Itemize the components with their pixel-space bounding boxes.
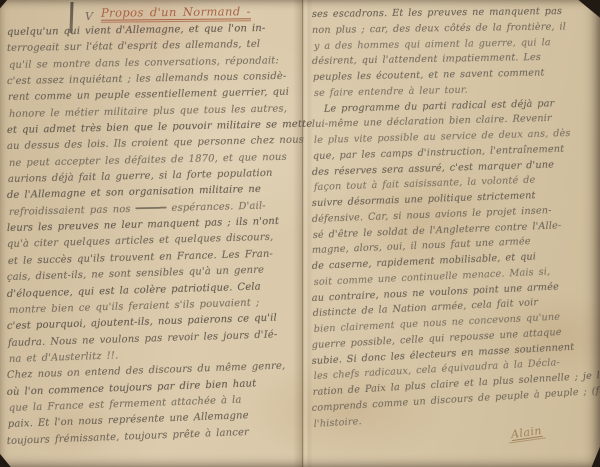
photograph-backdrop: V Propos d'un Normand - quelqu'un qui vi… (0, 0, 600, 467)
margin-check-mark: V (85, 10, 93, 23)
manuscript-paper: V Propos d'un Normand - quelqu'un qui vi… (0, 0, 600, 467)
right-page-text: ses escadrons. Et les preuves ne manquen… (312, 9, 598, 434)
left-page-text: quelqu'un qui vient d'Allemagne, et que … (7, 27, 299, 452)
page-title: Propos d'un Normand - (101, 4, 251, 23)
